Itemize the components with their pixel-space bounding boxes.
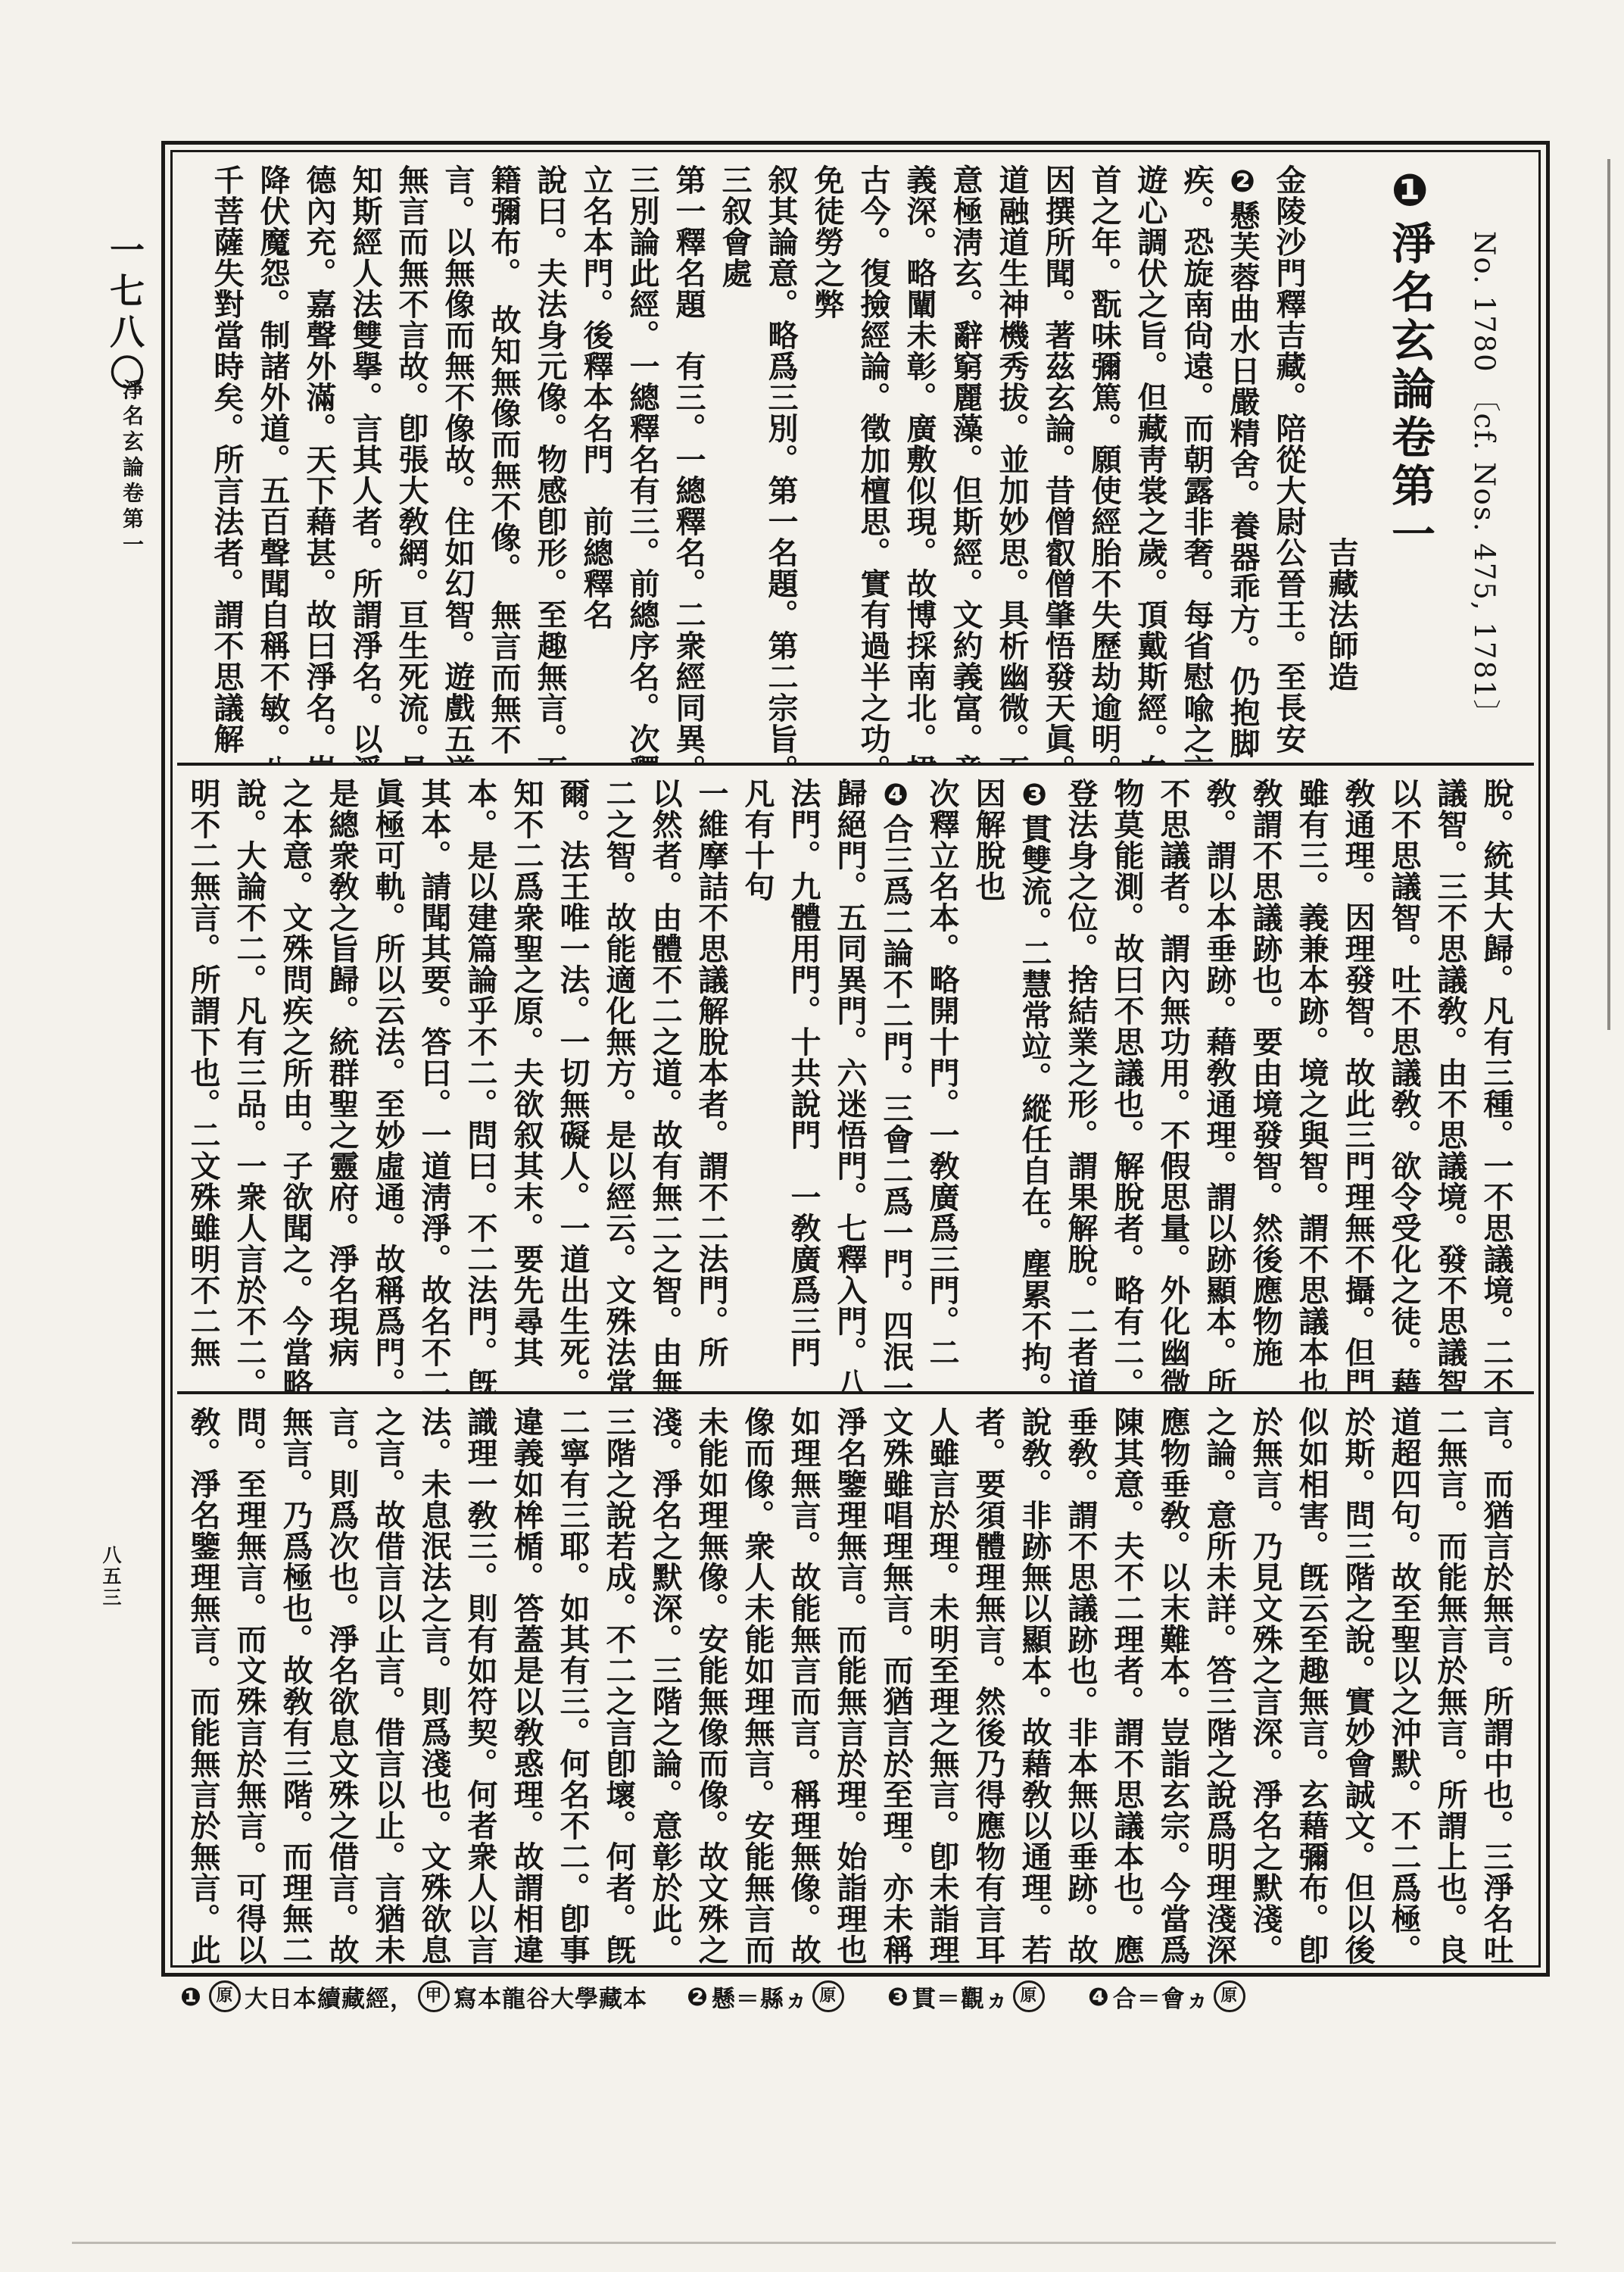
margin-fascicle-title: 淨名玄論卷第一 bbox=[117, 379, 147, 559]
text-column: 敎。謂以本垂跡。藉敎通理。謂以跡顯本。所言 bbox=[1195, 778, 1242, 1379]
footnote-text: 合＝會ヵ bbox=[1113, 1980, 1210, 2014]
text-column: 不思議者。謂內無功用。不假思量。外化幽微。 bbox=[1149, 778, 1195, 1379]
text-column: 無言而無不言故。卽張大敎網。亘生死流。是 bbox=[388, 164, 434, 751]
circled-source-icon: 原 bbox=[812, 1980, 844, 2012]
text-column: 因解脫也 bbox=[965, 778, 1011, 1379]
footnote-marker-icon: ❷ bbox=[687, 1982, 709, 2011]
text-column: 其本。請聞其要。答曰。一道淸淨。故名不二。 bbox=[410, 778, 457, 1379]
text-register-2: 脫。統其大歸。凡有三種。一不思議境。二不思議智。三不思議敎。由不思議境。發不思議… bbox=[173, 766, 1538, 1391]
text-column: 議智。三不思議敎。由不思議境。發不思議智。 bbox=[1426, 778, 1473, 1379]
text-column: 古今。復撿經論。徵加檀思。實有過半之功。庶 bbox=[849, 164, 896, 751]
text-column: 說敎。非跡無以顯本。故藉敎以通理。若然 bbox=[1011, 1406, 1057, 1953]
text-column: 義深。略闡未彰。廣敷似現。故博採南北。捃拾 bbox=[896, 164, 942, 751]
text-column: 之言。故借言以止言。借言以止。言猶未免於 bbox=[364, 1406, 410, 1953]
text-column: 言。以無像而無不像故。住如幻智。遊戲五道。 bbox=[434, 164, 480, 751]
text-column: 知不二爲衆聖之原。夫欲叙其末。要先尋其 bbox=[503, 778, 549, 1379]
circled-source-icon: 甲 bbox=[418, 1980, 450, 2012]
text-column: 敎謂不思議跡也。要由境發智。然後應物施 bbox=[1242, 778, 1288, 1379]
text-column: 叙其論意。略爲三別。第一名題。第二宗旨。第 bbox=[757, 164, 803, 751]
text-column: 淨名鑒理無言。而能無言於理。始詣理也。以 bbox=[826, 1406, 872, 1953]
text-column: 物莫能測。故曰不思議也。解脫者。略有二。一 bbox=[1103, 778, 1149, 1379]
title-column: ❶淨名玄論卷第一 bbox=[1370, 164, 1449, 751]
text-column: 登法身之位。捨結業之形。謂果解脫。二者道 bbox=[1057, 778, 1103, 1379]
text-column: 爾。法王唯一法。一切無礙人。一道出生死。故 bbox=[549, 778, 595, 1379]
text-column: 敎通理。因理發智。故此三門理無不攝。但門 bbox=[1334, 778, 1380, 1379]
text-column: 之論。意所未詳。答三階之說爲明理淺深。未 bbox=[1195, 1406, 1242, 1953]
text-column: 三階之說若成。不二之言卽壞。何者。旣稱不 bbox=[595, 1406, 641, 1953]
text-column: 千菩薩失對當時矣。所言法者。謂不思議解 bbox=[203, 164, 249, 751]
margin-page-number: 八五三 bbox=[97, 1545, 124, 1609]
text-column: 第一釋名題 有三。一總釋名。二衆經同異。 bbox=[665, 164, 711, 751]
text-column: 於無言。乃見文殊之言深。淨名之默淺。三階 bbox=[1242, 1406, 1288, 1953]
text-column: 首之年。翫味彌篤。願使經胎不失歷劫逾明。 bbox=[1080, 164, 1127, 751]
text-column: ❸貫雙流。二慧常竝。縱任自在。塵累不拘。謂 bbox=[1011, 778, 1057, 1379]
scanned-page: 一七八〇 淨名玄論卷第一 八五三 No. 1780 〔cf. Nos. 475,… bbox=[0, 0, 1624, 2272]
text-column: 眞極可軌。所以云法。至妙虛通。故稱爲門。蓋 bbox=[364, 778, 410, 1379]
text-column: 凡有十句 bbox=[734, 778, 780, 1379]
text-column: 垂敎。謂不思議跡也。非本無以垂跡。故因理 bbox=[1057, 1406, 1103, 1953]
text-register-3: 言。而猶言於無言。所謂中也。三淨名吐默鑒二無言。而能無言於無言。所謂上也。良以道… bbox=[173, 1394, 1538, 1965]
circled-source-icon: 原 bbox=[1214, 1980, 1245, 2012]
text-column: 雖有三。義兼本跡。境之與智。謂不思議本也。 bbox=[1288, 778, 1334, 1379]
footnote-marker-icon: ❹ bbox=[1088, 1982, 1110, 2011]
footnote-text: 貫＝觀ヵ bbox=[912, 1980, 1009, 2014]
text-column: 本。是以建篇論乎不二。問曰。不二法門。旣爲 bbox=[457, 778, 503, 1379]
text-column: 之本意。文殊問疾之所由。子欲聞之。今當略 bbox=[272, 778, 318, 1379]
text-column: 三叙會處 bbox=[711, 164, 757, 751]
text-column: 說曰。夫法身元像。物感卽形。至趣無言。而玄 bbox=[526, 164, 572, 751]
text-column: 陳其意。夫不二理者。謂不思議本也。應物 bbox=[1103, 1406, 1149, 1953]
text-column: 說。大論不二。凡有三品。一衆人言於不二。未 bbox=[226, 778, 272, 1379]
text-column: 應物垂敎。以末難本。豈詣玄宗。今當爲子 bbox=[1149, 1406, 1195, 1953]
text-column: 者。要須體理無言。然後乃得應物有言耳。衆 bbox=[965, 1406, 1011, 1953]
text-column: 因撰所聞。著茲玄論。昔僧叡僧肇悟發天眞。 bbox=[1034, 164, 1080, 751]
text-column: 識理一敎三。則有如符契。何者衆人以言泯 bbox=[457, 1406, 503, 1953]
page-frame: No. 1780 〔cf. Nos. 475, 1781〕❶淨名玄論卷第一吉藏法… bbox=[161, 141, 1550, 1977]
footnote-text: 懸＝縣ヵ bbox=[712, 1980, 809, 2014]
footnote-marker-icon: ❸ bbox=[887, 1982, 909, 2011]
text-column: 金陵沙門釋吉藏。陪從大尉公晉王。至長安 bbox=[1265, 164, 1311, 751]
text-column: 言。則爲次也。淨名欲息文殊之借言。故默顯 bbox=[318, 1406, 364, 1953]
text-column: 二寧有三耶。如其有三。何名不二。卽事相 bbox=[549, 1406, 595, 1953]
text-column: 降伏魔怨。制諸外道。五百聲聞自稱不敏。八 bbox=[249, 164, 295, 751]
text-column: 以然者。由體不二之道。故有無二之智。由無 bbox=[641, 778, 687, 1379]
text-column: 未能如理無像。安能無像而像。故文殊之言 bbox=[687, 1406, 734, 1953]
text-column: 是總衆敎之旨歸。統群聖之靈府。淨名現病 bbox=[318, 778, 364, 1379]
author-column: 吉藏法師造 bbox=[1311, 164, 1370, 751]
footnote-row: ❶原大日本續藏經，甲寫本龍谷大學藏本❷懸＝縣ヵ原❸貫＝觀ヵ原❹合＝會ヵ原 bbox=[180, 1974, 1467, 2019]
text-column: 淺。淨名之默深。三階之論。意彰於此。難曰。 bbox=[641, 1406, 687, 1953]
text-column: 無言。乃爲極也。故敎有三階。而理無二轍。 bbox=[272, 1406, 318, 1953]
page-frame-inner: No. 1780 〔cf. Nos. 475, 1781〕❶淨名玄論卷第一吉藏法… bbox=[170, 150, 1541, 1968]
text-column: 知斯經人法雙擧。言其人者。所謂淨名。以淨 bbox=[341, 164, 388, 751]
text-column: 二之智。故能適化無方。是以經云。文殊法常 bbox=[595, 778, 641, 1379]
text-column: 道超四句。故至聖以之沖默。不二爲極。意在 bbox=[1380, 1406, 1426, 1953]
text-column: 免徒勞之弊 bbox=[803, 164, 849, 751]
text-column: 立名本門。後釋本名門 前總釋名 bbox=[572, 164, 619, 751]
text-column: 以不思議智。吐不思議敎。欲令受化之徒。藉 bbox=[1380, 778, 1426, 1379]
text-column: 人雖言於理。未明至理之無言。卽未詣理也。 bbox=[918, 1406, 965, 1953]
text-column: 法。未息泯法之言。則爲淺也。文殊欲息泯法 bbox=[410, 1406, 457, 1953]
text-column: 敎。淨名鑒理無言。而能無言於無言。此則是 bbox=[179, 1406, 226, 1953]
text-column: ❷懸芙蓉曲水日嚴精舍。養器乖方。仍抱脚 bbox=[1219, 164, 1265, 751]
text-column: 像而像。衆人未能如理無言。安能無言而言。 bbox=[734, 1406, 780, 1953]
scan-bottom-line bbox=[72, 2242, 1556, 2244]
text-column: 一維摩詰不思議解脫本者。謂不二法門。所 bbox=[687, 778, 734, 1379]
text-column: 似如相害。旣云至趣無言。玄藉彌布。卽是言 bbox=[1288, 1406, 1334, 1953]
text-column: 問。至理無言。而文殊言於無言。可得以言爲 bbox=[226, 1406, 272, 1953]
text-column: 如理無言。故能無言而言。稱理無像。故能無 bbox=[780, 1406, 826, 1953]
text-column: 德內充。嘉聲外滿。天下藉甚。故曰淨名。豈止 bbox=[295, 164, 341, 751]
text-column: 三別論此經。一總釋名有三。前總序名。次釋 bbox=[619, 164, 665, 751]
text-column: 二無言。而能無言於無言。所謂上也。良以 bbox=[1426, 1406, 1473, 1953]
text-column: 意極淸玄。辭窮麗藻。但斯經。文約義富。意遠 bbox=[942, 164, 988, 751]
scan-edge-artifact bbox=[1607, 159, 1610, 1030]
text-column: 次釋立名本。略開十門。一敎廣爲三門。二 bbox=[918, 778, 965, 1379]
text-register-1: No. 1780 〔cf. Nos. 475, 1781〕❶淨名玄論卷第一吉藏法… bbox=[173, 152, 1538, 763]
text-column: 言。而猶言於無言。所謂中也。三淨名吐默鑒 bbox=[1473, 1406, 1519, 1953]
text-column: 脫。統其大歸。凡有三種。一不思議境。二不思 bbox=[1473, 778, 1519, 1379]
text-column: 文殊雖唱理無言。而猶言於至理。亦未稱理。 bbox=[872, 1406, 918, 1953]
text-column: 明不二無言。所謂下也。二文殊雖明不二無 bbox=[179, 778, 226, 1379]
text-column: ❹合三爲二論不二門。三會二爲一門。四泯一 bbox=[872, 778, 918, 1379]
circled-source-icon: 原 bbox=[209, 1980, 241, 2012]
text-column: 道融道生神機秀拔。並加妙思。具析幽微。而 bbox=[988, 164, 1034, 751]
text-column: 歸絕門。五同異門。六迷悟門。七釋入門。八攝 bbox=[826, 778, 872, 1379]
footnote-text: 大日本續藏經， bbox=[245, 1980, 414, 2014]
text-column: 法門。九體用門。十共說門 一敎廣爲三門 bbox=[780, 778, 826, 1379]
circled-source-icon: 原 bbox=[1013, 1980, 1045, 2012]
text-column: 遊心調伏之旨。但藏靑裳之歲。頂戴斯經。白 bbox=[1127, 164, 1173, 751]
text-column: 疾。恐旋南尙遠。而朝露非奢。每省慰喩之言。 bbox=[1173, 164, 1219, 751]
footnote-marker-icon: ❶ bbox=[180, 1982, 202, 2011]
text-column: 於斯。問三階之說。實妙會誠文。但以後觀前。 bbox=[1334, 1406, 1380, 1953]
text-column: 籍彌布。 故知無像而無不像。 無言而無不 bbox=[480, 164, 526, 751]
footnote-text: 寫本龍谷大學藏本 bbox=[454, 1980, 647, 2014]
text-column: 違義如桙楯。答蓋是以敎惑理。故謂相違。若 bbox=[503, 1406, 549, 1953]
margin-taisho-number: 一七八〇 bbox=[100, 232, 150, 395]
document-number-column: No. 1780 〔cf. Nos. 475, 1781〕 bbox=[1449, 164, 1519, 751]
